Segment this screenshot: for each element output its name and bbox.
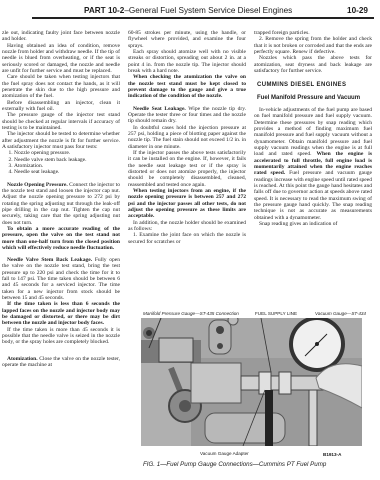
paragraph: Needle Valve Stem Back Leakage. Fully op… bbox=[2, 257, 120, 301]
figure-photo bbox=[141, 318, 362, 446]
header-title: –General Fuel System Service Diesel Engi… bbox=[124, 6, 292, 15]
subsection-heading: Fuel Manifold Pressure and Vacuum bbox=[257, 95, 372, 103]
run-in-heading: Atomization. bbox=[7, 356, 38, 362]
paragraph: Nozzle Opening Pressure. Connect the inj… bbox=[2, 182, 120, 226]
paragraph: Snap reading gives an indication of bbox=[254, 221, 372, 227]
paragraph: Needle Seat Leakage. Wipe the nozzle tip… bbox=[128, 106, 246, 125]
label-vacuum-gauge-adapter: Vacuum Gauge Adapter bbox=[200, 451, 249, 456]
paragraph: The pressure gauge of the injector test … bbox=[2, 112, 120, 131]
test-list: Nozzle opening pressure. Needle valve st… bbox=[2, 150, 120, 175]
paragraph: Each spray should atomize well with no v… bbox=[128, 49, 246, 74]
paragraph: If the time taken is more than 45 second… bbox=[2, 327, 120, 346]
figure-caption: FIG. 1—Fuel Pump Gauge Connections—Cummi… bbox=[143, 461, 326, 468]
paragraph: 1. Examine the joint face on which the n… bbox=[128, 232, 246, 245]
fuel-pump-photo-illustration bbox=[141, 318, 362, 446]
column-1: zle out, indicating faulty joint face be… bbox=[2, 30, 120, 368]
paragraph: If the injector passes the above tests s… bbox=[128, 150, 246, 188]
run-in-heading: Needle Valve Stem Back Leakage. bbox=[7, 257, 92, 263]
label-manifold-gauge: Manifold Pressure Gauge—ST-435 Connectio… bbox=[143, 311, 239, 316]
section-heading: CUMMINS DIESEL ENGINES bbox=[257, 82, 372, 88]
paragraph: In-vehicle adjustments of the fuel pump … bbox=[254, 107, 372, 221]
paragraph: Care should be taken when testing inject… bbox=[2, 74, 120, 99]
paragraph: Atomization. Close the valve on the nozz… bbox=[2, 356, 120, 369]
paragraph: In addition, the nozzle holder should be… bbox=[128, 220, 246, 233]
run-in-heading: Nozzle Opening Pressure. bbox=[7, 182, 68, 188]
page-number: 10-29 bbox=[347, 6, 368, 15]
paragraph: 60-85 strokes per minute, using the hand… bbox=[128, 30, 246, 49]
paragraph-bold: If the time taken is less than 6 seconds… bbox=[2, 301, 120, 326]
column-2: 60-85 strokes per minute, using the hand… bbox=[128, 30, 246, 245]
paragraph-bold: When testing injectors from an engine, i… bbox=[128, 188, 246, 220]
column-3: trapped foreign particles. 2. Remove the… bbox=[254, 30, 372, 227]
paragraph-bold: To obtain a more accurate reading of the… bbox=[2, 226, 120, 251]
run-in-heading: Needle Seat Leakage. bbox=[133, 106, 186, 112]
paragraph: zle out, indicating faulty joint face be… bbox=[2, 30, 120, 43]
header-rule bbox=[32, 17, 374, 19]
paragraph: In doubtful cases hold the injection pre… bbox=[128, 125, 246, 150]
paragraph: Before disassembling an injector, clean … bbox=[2, 100, 120, 113]
paragraph: The injector should be tested to determi… bbox=[2, 131, 120, 150]
paragraph: Having obtained an idea of condition, re… bbox=[2, 43, 120, 75]
paragraph-bold: When checking the atomization the valve … bbox=[128, 74, 246, 99]
part-label: PART 10-2 bbox=[84, 6, 124, 15]
paragraph: Nozzles which pass the above tests for a… bbox=[254, 55, 372, 74]
label-vacuum-gauge: Vacuum Gauge—ST-434 bbox=[315, 311, 366, 316]
figure-code: B1913-A bbox=[323, 452, 341, 457]
paragraph: 2. Remove the spring from the holder and… bbox=[254, 36, 372, 55]
label-fuel-supply-line: FUEL SUPPLY LINE bbox=[255, 311, 297, 316]
